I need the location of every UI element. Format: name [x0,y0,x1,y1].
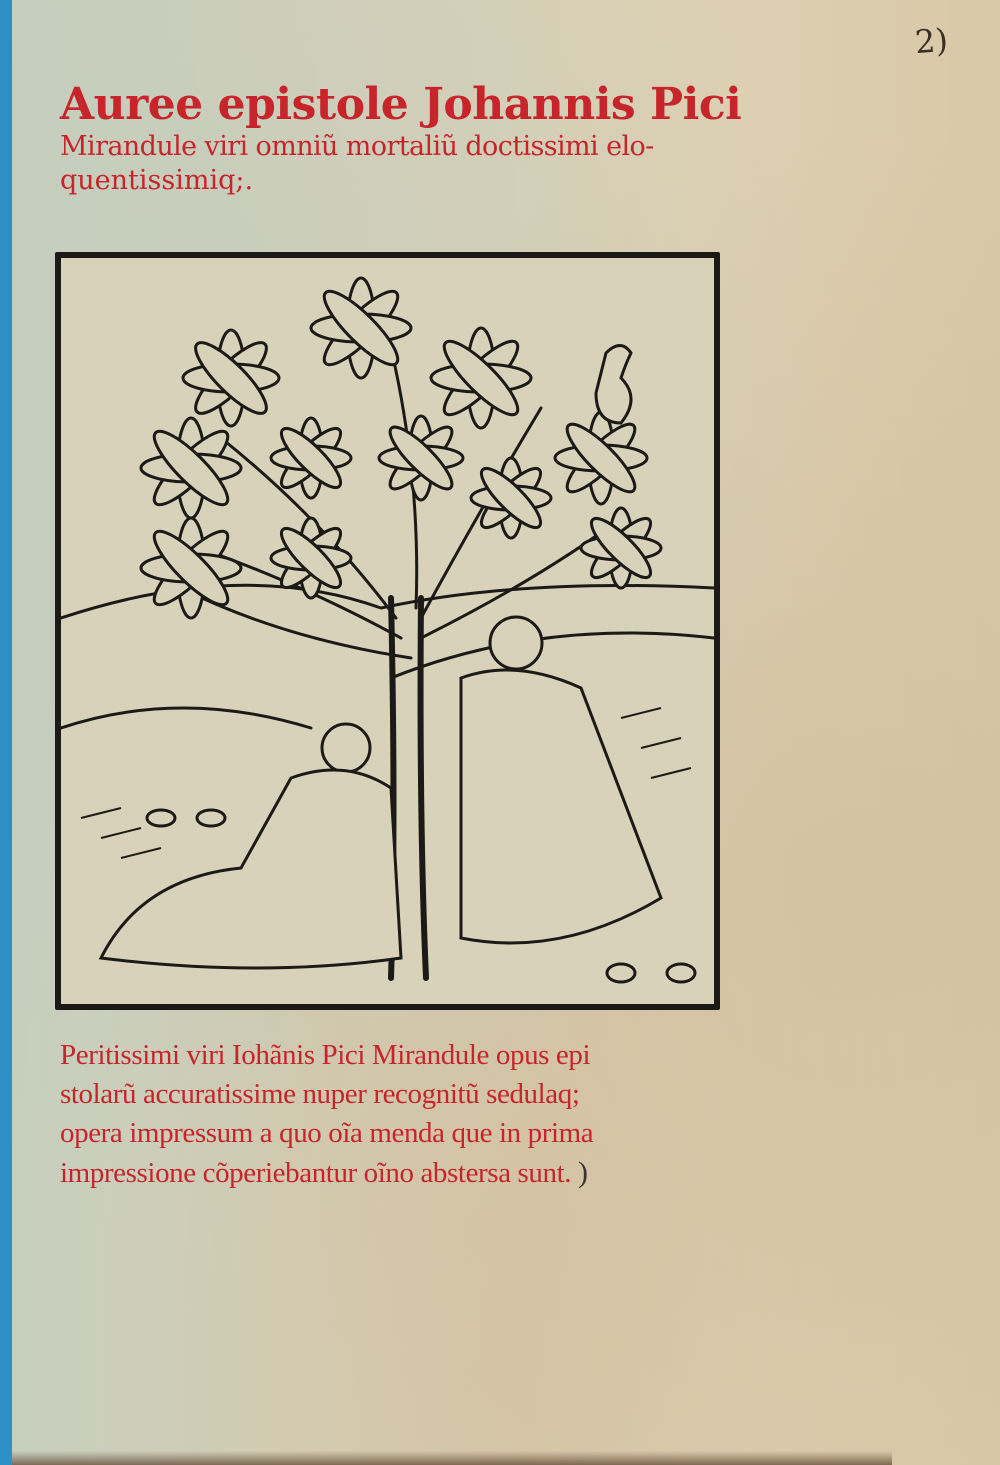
colophon-line-4-text: impressione cõperiebantur oĩno abstersa … [60,1157,571,1189]
title-line-1: Auree epistole Johannis Pici [60,80,740,130]
tree-scene-icon [61,258,714,1004]
page-edge-shadow [12,1451,892,1465]
title-line-3: quentissimiq;. [60,164,740,198]
woodcut-illustration [55,252,720,1010]
closing-mark: ) [578,1156,588,1189]
colophon-text: Peritissimi viri Iohãnis Pici Mirandule … [60,1036,760,1193]
title-line-2: Mirandule viri omniũ mortaliũ doctissimi… [60,130,740,164]
page-title: Auree epistole Johannis Pici Mirandule v… [60,80,740,198]
folio-mark: 2) [914,21,949,61]
colophon-line-4: impressione cõperiebantur oĩno abstersa … [60,1153,760,1193]
colophon-line-3: opera impressum a quo oĩa menda que in p… [60,1114,760,1153]
colophon-line-1: Peritissimi viri Iohãnis Pici Mirandule … [60,1036,760,1075]
colophon-line-2: stolarũ accuratissime nuper recognitũ se… [60,1075,760,1114]
